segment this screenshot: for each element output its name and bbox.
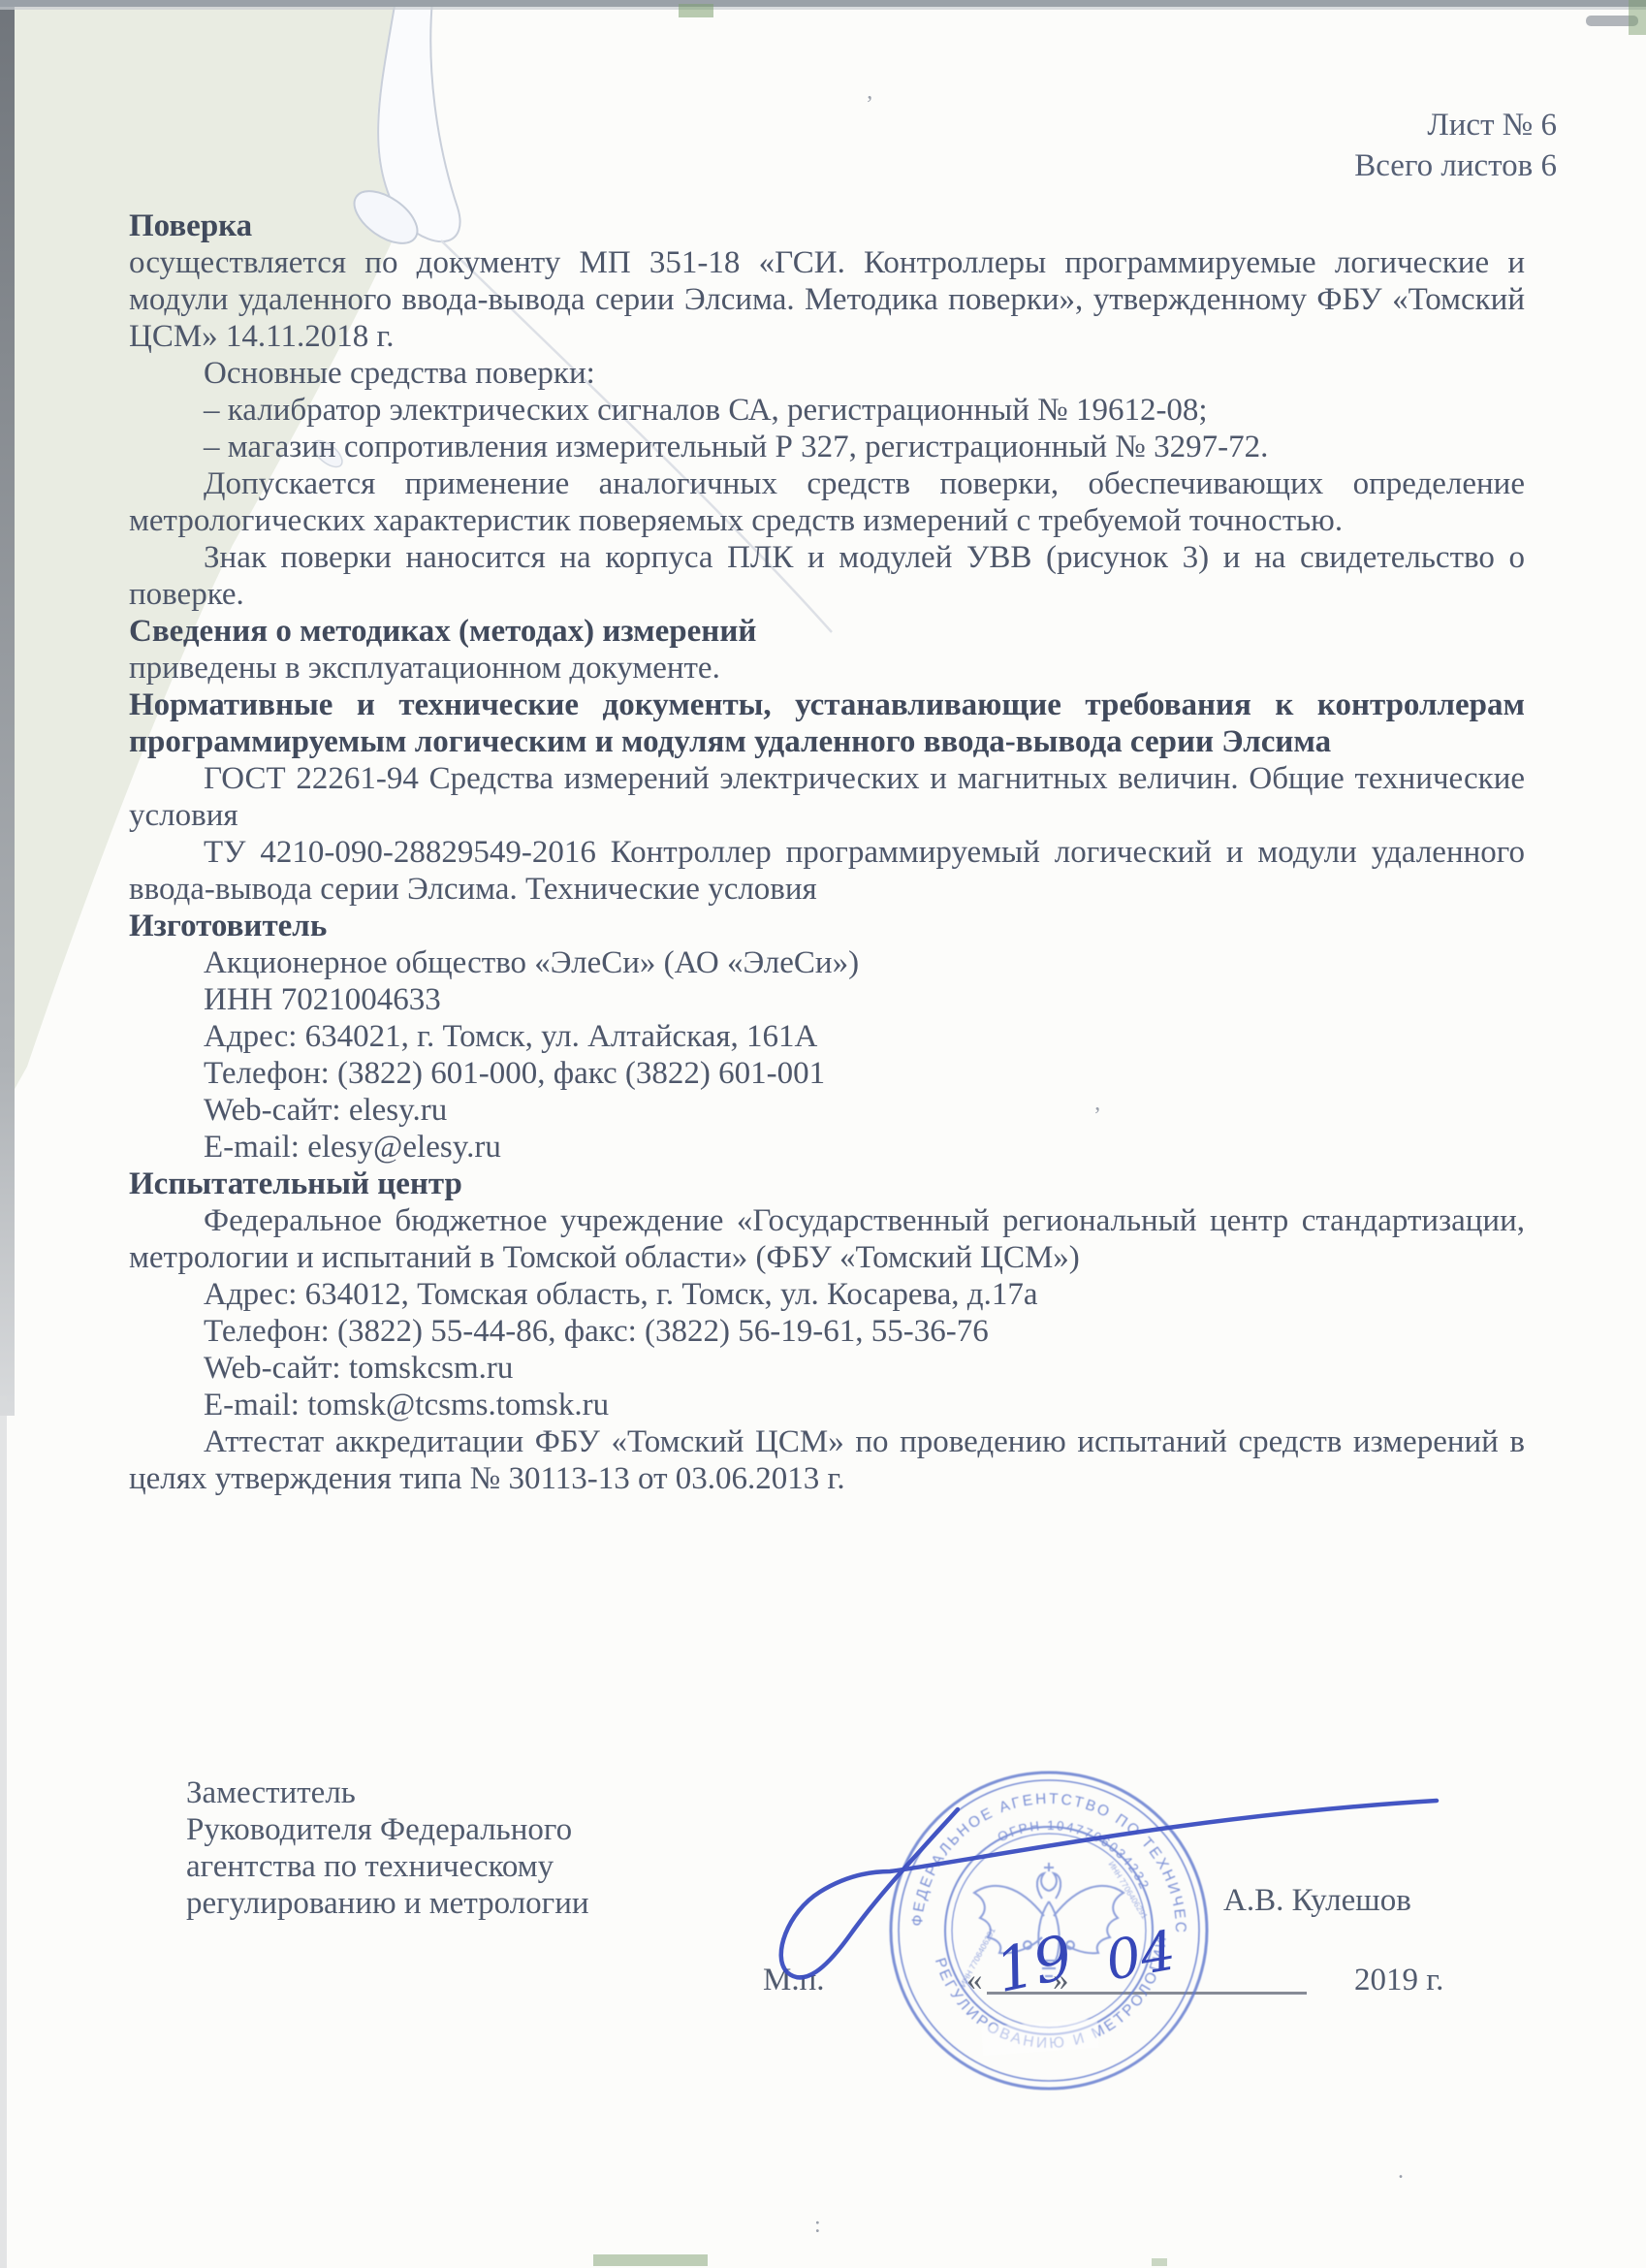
green-mark-top: [679, 4, 713, 17]
green-mark-bottom: [593, 2254, 708, 2266]
scanned-document-page: Лист № 6 Всего листов 6 Поверка осуществ…: [0, 0, 1646, 2268]
test-center-website: Web-сайт: tomskcsm.ru: [129, 1350, 1525, 1387]
manufacturer-address: Адрес: 634021, г. Томск, ул. Алтайская, …: [129, 1018, 1525, 1055]
manufacturer-inn: ИНН 7021004633: [129, 981, 1525, 1018]
signer-position-line: Заместитель: [186, 1774, 589, 1811]
section-heading-manufacturer: Изготовитель: [129, 908, 1525, 944]
top-right-smudge: [1586, 16, 1638, 26]
left-scan-edge-lower: [0, 1396, 7, 2268]
official-stamp: ФЕДЕРАЛЬНОЕ АГЕНТСТВО ПО ТЕХНИЧЕСКОМУ РЕ…: [887, 1769, 1211, 2092]
sheet-number: Лист № 6: [1354, 105, 1557, 145]
paragraph: приведены в эксплуатационном документе.: [129, 650, 1525, 687]
fold-flap: [378, 0, 459, 241]
paragraph: Знак поверки наносится на корпуса ПЛК и …: [129, 539, 1525, 613]
scan-speck: .: [1398, 2158, 1404, 2185]
green-mark-bottom-small: [1152, 2258, 1167, 2266]
document-body: Поверка осуществляется по документу МП 3…: [129, 208, 1525, 1497]
stamp-eagle-emblem: [974, 1863, 1124, 1976]
left-scan-edge: [0, 0, 15, 1416]
signer-position-line: агентства по техническому: [186, 1848, 589, 1885]
test-center-name: Федеральное бюджетное учреждение «Госуда…: [129, 1202, 1525, 1276]
paragraph: осуществляется по документу МП 351-18 «Г…: [129, 244, 1525, 355]
seal-place-label: М.п.: [763, 1963, 825, 1998]
green-mark-top-right: [1629, 0, 1646, 35]
stamp-inn-text: ИНН 7706406291: [958, 1926, 997, 1989]
test-center-accreditation: Аттестат аккредитации ФБУ «Томский ЦСМ» …: [129, 1423, 1525, 1497]
paragraph: – магазин сопротивления измерительный Р …: [129, 429, 1525, 465]
paragraph: ГОСТ 22261-94 Средства измерений электри…: [129, 760, 1525, 834]
manufacturer-name: Акционерное общество «ЭлеСи» (АО «ЭлеСи»…: [129, 944, 1525, 981]
scan-speck: ʼ: [1093, 1103, 1101, 1130]
signer-position-block: Заместитель Руководителя Федерального аг…: [186, 1774, 589, 1922]
test-center-phone: Телефон: (3822) 55-44-86, факс: (3822) 5…: [129, 1313, 1525, 1350]
scan-speck: ʼ: [866, 92, 873, 118]
section-heading-normative: Нормативные и технические документы, уст…: [129, 687, 1525, 760]
signer-name: А.В. Кулешов: [1223, 1883, 1411, 1919]
scan-speck: :: [814, 2213, 821, 2239]
top-scan-edge: [0, 0, 1646, 7]
manufacturer-website: Web-сайт: elesy.ru: [129, 1092, 1525, 1129]
test-center-email: E-mail: tomsk@tcsms.tomsk.ru: [129, 1387, 1525, 1423]
section-heading-verification: Поверка: [129, 208, 1525, 244]
test-center-address: Адрес: 634012, Томская область, г. Томск…: [129, 1276, 1525, 1313]
date-year: 2019 г.: [1354, 1963, 1443, 1998]
paragraph: – калибратор электрических сигналов СА, …: [129, 392, 1525, 429]
paragraph: Допускается применение аналогичных средс…: [129, 465, 1525, 539]
total-sheets: Всего листов 6: [1354, 145, 1557, 186]
signer-position-line: регулированию и метрологии: [186, 1885, 589, 1922]
section-heading-test-center: Испытательный центр: [129, 1166, 1525, 1202]
manufacturer-email: E-mail: elesy@elesy.ru: [129, 1129, 1525, 1166]
sheet-info: Лист № 6 Всего листов 6: [1354, 105, 1557, 186]
manufacturer-phone: Телефон: (3822) 601-000, факс (3822) 601…: [129, 1055, 1525, 1092]
paragraph: Основные средства поверки:: [129, 355, 1525, 392]
section-heading-methods: Сведения о методиках (методах) измерений: [129, 613, 1525, 650]
paragraph: ТУ 4210-090-28829549-2016 Контроллер про…: [129, 834, 1525, 908]
top-scan-edge-shine: [0, 7, 1646, 10]
signer-position-line: Руководителя Федерального: [186, 1811, 589, 1848]
